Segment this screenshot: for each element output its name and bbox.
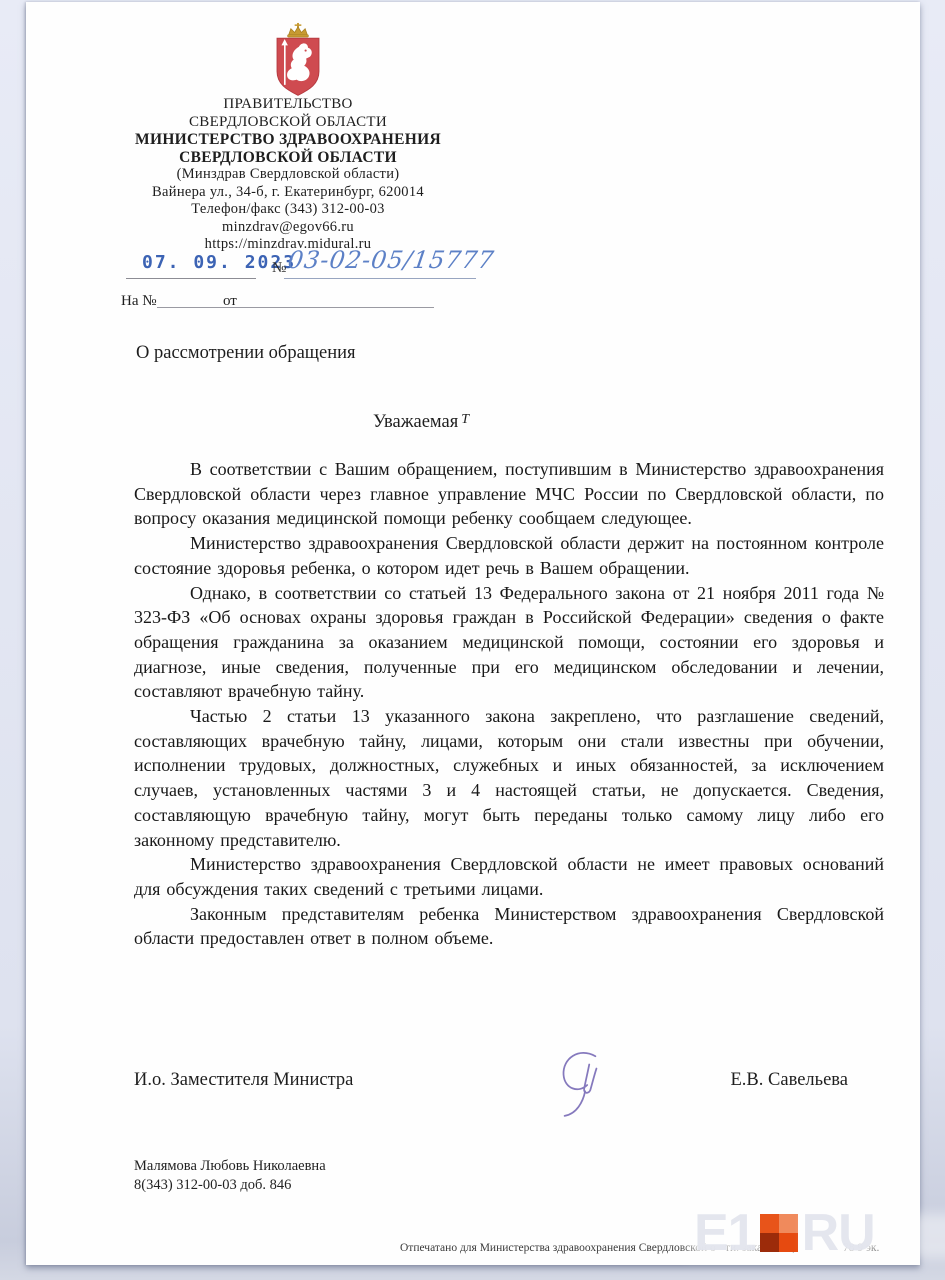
- body-paragraph: Однако, в соответствии со статьей 13 Фед…: [134, 581, 884, 705]
- letter-body: В соответствии с Вашим обращением, посту…: [134, 457, 884, 951]
- watermark-ru-letters: RU: [802, 1203, 875, 1263]
- reply-date-blank: [242, 307, 434, 308]
- logo-square-bottom-right: [779, 1233, 798, 1252]
- salutation: УважаемаяТ: [373, 412, 466, 433]
- reply-number-label: На №: [121, 293, 157, 310]
- ministry-line-1: МИНИСТЕРСТВО ЗДРАВООХРАНЕНИЯ: [88, 131, 488, 149]
- reply-reference-line: На № от: [26, 293, 920, 313]
- body-paragraph: Министерство здравоохранения Свердловско…: [134, 531, 884, 580]
- executor-phone: 8(343) 312-00-03 доб. 846: [134, 1176, 326, 1195]
- number-underline: [284, 278, 476, 279]
- signature-block: И.о. Заместителя Министра Е.В. Савельева: [26, 1068, 920, 1128]
- ministry-line-2: СВЕРДЛОВСКОЙ ОБЛАСТИ: [88, 149, 488, 167]
- government-line-2: СВЕРДЛОВСКОЙ ОБЛАСТИ: [88, 114, 488, 132]
- screenshot-stage: ПРАВИТЕЛЬСТВО СВЕРДЛОВСКОЙ ОБЛАСТИ МИНИС…: [0, 0, 945, 1280]
- letter-page: ПРАВИТЕЛЬСТВО СВЕРДЛОВСКОЙ ОБЛАСТИ МИНИС…: [26, 2, 920, 1265]
- ministry-short-name: (Минздрав Свердловской области): [88, 166, 488, 184]
- body-paragraph: Законным представителям ребенка Министер…: [134, 902, 884, 951]
- e1ru-watermark: E1 RU: [694, 1204, 875, 1262]
- ministry-phone: Телефон/факс (343) 312-00-03: [88, 201, 488, 219]
- sverdlovsk-coat-of-arms-icon: [268, 22, 328, 102]
- reply-from-label: от: [223, 293, 237, 310]
- signer-position: И.о. Заместителя Министра: [134, 1070, 353, 1091]
- e1ru-logo-square-icon: [760, 1214, 798, 1252]
- handwritten-signature: [554, 1048, 606, 1120]
- executor-block: Малямова Любовь Николаевна 8(343) 312-00…: [134, 1157, 326, 1195]
- redacted-addressee-initial: Т: [461, 412, 469, 427]
- letter-subject: О рассмотрении обращения: [136, 343, 356, 364]
- logo-square-top-right: [779, 1214, 798, 1233]
- watermark-e1-letters: E1: [694, 1203, 756, 1263]
- number-sign-label: №: [272, 260, 286, 277]
- logo-square-bottom-left: [760, 1233, 779, 1252]
- letterhead: ПРАВИТЕЛЬСТВО СВЕРДЛОВСКОЙ ОБЛАСТИ МИНИС…: [88, 96, 488, 254]
- ministry-email: minzdrav@egov66.ru: [88, 219, 488, 237]
- signer-name: Е.В. Савельева: [731, 1070, 849, 1091]
- body-paragraph: Частью 2 статьи 13 указанного закона зак…: [134, 704, 884, 852]
- print-footer-text: Отпечатано для Министерства здравоохране…: [400, 1242, 716, 1254]
- executor-name: Малямова Любовь Николаевна: [134, 1157, 326, 1176]
- body-paragraph: В соответствии с Вашим обращением, посту…: [134, 457, 884, 531]
- crown-icon: [288, 23, 309, 37]
- date-underline: [126, 278, 256, 279]
- ministry-address: Вайнера ул., 34-б, г. Екатеринбург, 6200…: [88, 184, 488, 202]
- logo-square-top-left: [760, 1214, 779, 1233]
- handwritten-outgoing-number: 03-02-05/15777: [286, 246, 496, 274]
- salutation-text: Уважаемая: [373, 412, 458, 432]
- government-line-1: ПРАВИТЕЛЬСТВО: [88, 96, 488, 114]
- reference-block: 07. 09. 2023 № 03-02-05/15777: [26, 250, 920, 286]
- body-paragraph: Министерство здравоохранения Свердловско…: [134, 852, 884, 901]
